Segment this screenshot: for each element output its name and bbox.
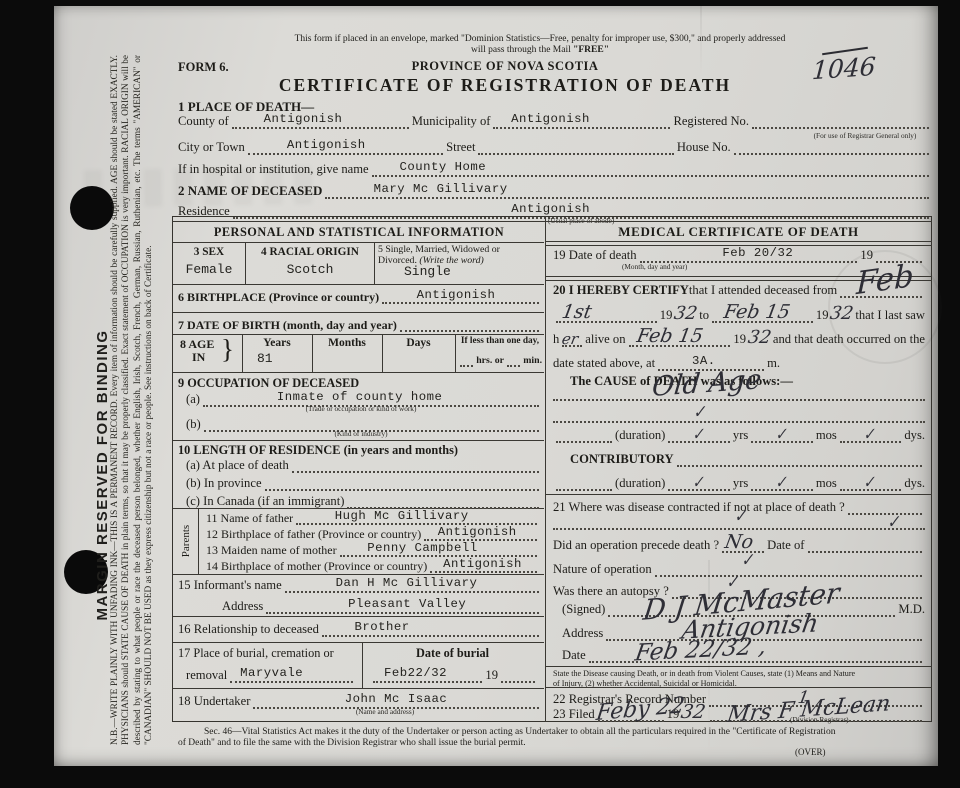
- deceased-name-label: 2 NAME OF DECEASED: [178, 183, 322, 199]
- punch-hole-top: [70, 186, 114, 230]
- mos-label: mos: [816, 428, 837, 443]
- rule-line: [173, 688, 544, 689]
- birthplace-value: Antigonish: [417, 288, 496, 303]
- medical-section-heading: MEDICAL CERTIFICATE OF DEATH: [549, 224, 928, 240]
- envelope-note-prefix: will pass through the Mail: [471, 45, 573, 55]
- informant-value: Dan H Mc Gillivary: [336, 576, 478, 591]
- residence-length-b: (b) In province: [186, 476, 542, 491]
- certify-bold: 20 I HEREBY CERTIFY: [553, 283, 689, 298]
- residence-length-c-label: (c) In Canada (if an immigrant): [186, 494, 344, 509]
- signed-label: (Signed): [562, 602, 605, 617]
- county-value: Antigonish: [264, 112, 343, 127]
- relationship-value: Brother: [355, 620, 410, 635]
- marital-status-value: Single: [404, 264, 451, 279]
- city-row: City or Town Antigonish Street House No.: [178, 140, 932, 155]
- rule-line: [173, 574, 544, 575]
- dotted-line: [848, 510, 922, 515]
- dys-label: dys.: [904, 476, 925, 491]
- age-years-value: 81: [257, 351, 273, 366]
- disease-contracted-label: 21 Where was disease contracted if not a…: [553, 500, 845, 515]
- physician-date-label: Date: [562, 648, 586, 663]
- year-handwritten: 32: [747, 333, 772, 344]
- envelope-note-line2: will pass through the Mail "FREE": [250, 45, 830, 55]
- dotted-line: ✓: [840, 486, 902, 491]
- informant-address-label: Address: [222, 599, 263, 614]
- dotted-line: Brother: [322, 632, 539, 637]
- date-of-death-value: Feb 20/32: [722, 246, 793, 261]
- father-name-value: Hugh Mc Gillivary: [335, 509, 469, 524]
- checkmark-icon: ✓: [775, 472, 790, 493]
- sec46-note: Sec. 46—Vital Statistics Act makes it th…: [178, 727, 930, 749]
- dotted-line: Dan H Mc Gillivary: [285, 588, 539, 593]
- father-name-row: 11 Name of father Hugh Mc Gillivary: [206, 511, 540, 525]
- file-number-handwritten: 1046: [811, 52, 877, 86]
- contributory-duration-row: (duration) ✓ yrs ✓ mos ✓ dys.: [553, 476, 925, 491]
- mother-birthplace-row: 14 Birthplace of mother (Province or cou…: [206, 559, 540, 573]
- dotted-line: [808, 548, 922, 553]
- occupation-b-label: (b): [186, 417, 201, 432]
- deceased-name-row: 2 NAME OF DECEASED Mary Mc Gillivary: [178, 183, 932, 199]
- deceased-name-value: Mary Mc Gillivary: [374, 182, 508, 197]
- city-value: Antigonish: [287, 138, 366, 153]
- mother-birthplace-value: Antigonish: [443, 557, 522, 572]
- operation-label: Did an operation precede death ?: [553, 538, 719, 553]
- rule-line: [173, 312, 544, 313]
- rule-line: [545, 687, 932, 688]
- md-label: M.D.: [898, 602, 925, 617]
- column-divider: [545, 216, 546, 722]
- dotted-line: [460, 362, 473, 367]
- city-label: City or Town: [178, 140, 245, 155]
- dotted-line: er: [562, 342, 582, 347]
- checkmark-icon: ✓: [863, 472, 878, 493]
- dotted-line: [478, 150, 673, 155]
- racial-origin-label: 4 RACIAL ORIGIN: [246, 246, 374, 258]
- dotted-line: [556, 486, 612, 491]
- last-alive-handwritten: Feb 15: [635, 325, 705, 348]
- father-birthplace-row: 12 Birthplace of father (Province or cou…: [206, 527, 540, 541]
- dotted-line: Antigonish: [493, 124, 670, 129]
- year-prefix: 19: [660, 308, 673, 323]
- year-prefix: 19: [860, 248, 873, 263]
- dotted-line: Feb 22/32 ,: [589, 658, 922, 663]
- operation-row: Did an operation precede death ? No Date…: [553, 538, 925, 553]
- dotted-rule: [553, 421, 925, 423]
- mos-label: mos: [816, 476, 837, 491]
- mother-birthplace-label: 14 Birthplace of mother (Province or cou…: [206, 559, 427, 573]
- age-label-line2: IN: [192, 350, 205, 365]
- cell-divider: [374, 242, 375, 284]
- filed-year-handwritten: 32: [680, 707, 706, 718]
- duration-row: (duration) ✓ yrs ✓ mos ✓ dys.: [553, 428, 925, 443]
- sex-label: 3 SEX: [176, 246, 242, 258]
- occupation-a-label: (a): [186, 392, 200, 407]
- h-prefix: h: [553, 332, 559, 347]
- rule-line: [173, 440, 544, 441]
- dotted-line: ✓: [668, 486, 730, 491]
- burial-date-label: Date of burial: [362, 646, 543, 661]
- mother-name-value: Penny Campbell: [367, 541, 477, 556]
- dotted-line: [752, 124, 929, 129]
- burial-removal-row: removal Maryvale: [186, 668, 356, 683]
- burial-year-prefix: 19: [485, 668, 498, 683]
- checkmark-icon: ✓: [775, 424, 790, 445]
- dotted-line: [501, 678, 535, 683]
- violent-causes-note: State the Disease causing Death, or in d…: [553, 669, 925, 688]
- dotted-line: [507, 362, 520, 367]
- attended-to-handwritten: Feb 15: [722, 301, 792, 324]
- parents-side-label: Parents: [180, 525, 192, 557]
- county-label: County of: [178, 114, 229, 129]
- marital-label-line1: 5 Single, Married, Widowed or: [378, 244, 542, 255]
- division-registrar-note: (Division Registrar): [790, 715, 849, 724]
- rule-line: [173, 372, 544, 373]
- hospital-row: If in hospital or institution, give name…: [178, 162, 932, 177]
- residence-length-c: (c) In Canada (if an immigrant): [186, 494, 542, 509]
- municipality-label: Municipality of: [412, 114, 491, 129]
- min-label: min.: [523, 355, 542, 367]
- year-handwritten: 32: [830, 309, 855, 320]
- relationship-label: 16 Relationship to deceased: [178, 622, 319, 637]
- nature-of-operation-label: Nature of operation: [553, 562, 652, 577]
- dotted-line: [400, 327, 539, 332]
- dotted-line: Feby 22: [598, 717, 664, 722]
- dotted-line: ✓: [751, 438, 813, 443]
- dotted-line: Maryvale: [230, 678, 353, 683]
- month-day-year-note: (Month, day and year): [622, 262, 687, 271]
- rule-line: [173, 284, 544, 285]
- dys-label: dys.: [904, 428, 925, 443]
- dotted-line: Feb22/32: [373, 678, 482, 683]
- mother-name-label: 13 Maiden name of mother: [206, 543, 337, 557]
- contributory-row: CONTRIBUTORY: [570, 452, 925, 467]
- undertaker-value: John Mc Isaac: [345, 692, 447, 707]
- burial-date-row: Feb22/32 19: [370, 668, 538, 683]
- occupation-a-value: Inmate of county home: [277, 390, 442, 405]
- yrs-label: yrs: [733, 428, 748, 443]
- dotted-line: 1st: [556, 318, 657, 323]
- residence-value: Antigonish: [511, 202, 590, 217]
- stated-above-label: date stated above, at: [553, 356, 655, 371]
- father-birthplace-value: Antigonish: [438, 525, 517, 540]
- dotted-line: Antigonish: [232, 124, 409, 129]
- sex-value: Female: [176, 262, 242, 277]
- sec46-line1: Sec. 46—Vital Statistics Act makes it th…: [178, 727, 930, 738]
- certify-text: that I attended deceased from: [689, 283, 837, 298]
- checkmark-icon: ✓: [863, 424, 878, 445]
- informant-address-row: Address Pleasant Valley: [222, 599, 542, 614]
- hrs-or-label: hrs. or: [476, 355, 504, 367]
- rule-line: [545, 494, 932, 495]
- dotted-line: Mary Mc Gillivary: [325, 194, 929, 199]
- age-months-label: Months: [312, 337, 382, 349]
- death-certificate-scan: { "marks": {"check": "✓", "brace": "}"},…: [0, 0, 960, 788]
- dotted-line: Feb 15: [712, 318, 813, 323]
- operation-date-label: Date of: [767, 538, 804, 553]
- last-saw-label: that I last saw: [855, 308, 925, 323]
- rule-line: [545, 666, 932, 667]
- dotted-line: Feb 15: [629, 342, 731, 347]
- dotted-line: ✓: [668, 438, 730, 443]
- less-than-day-label: If less than one day,: [456, 336, 544, 346]
- racial-origin-value: Scotch: [246, 262, 374, 277]
- dotted-line: Antigonish: [248, 150, 443, 155]
- informant-row: 15 Informant's name Dan H Mc Gillivary: [178, 578, 542, 593]
- hrs-min-row: hrs. or min.: [457, 355, 542, 367]
- year-prefix: 19: [733, 332, 746, 347]
- physician-address-label: Address: [562, 626, 603, 641]
- contributory-label: CONTRIBUTORY: [570, 452, 674, 467]
- registered-no-label: Registered No.: [673, 114, 749, 129]
- residence-length-b-label: (b) In province: [186, 476, 262, 491]
- dotted-line: ✓: [840, 438, 902, 443]
- year-prefix: 19: [816, 308, 829, 323]
- county-row: County of Antigonish Municipality of Ant…: [178, 114, 932, 129]
- occurred-label: and that death occurred on the: [773, 332, 925, 347]
- rule-line: [173, 642, 544, 643]
- dotted-line: County Home: [372, 172, 929, 177]
- year-handwritten: 32: [673, 309, 698, 320]
- informant-address-value: Pleasant Valley: [348, 597, 466, 612]
- certify-line3: h er alive on Feb 15 19 32 and that deat…: [553, 332, 925, 347]
- filed-row: 23 Filed Feby 22 19 32 Mrs F McLean: [553, 707, 925, 722]
- brace-glyph: }: [221, 334, 234, 365]
- dotted-line: [734, 150, 929, 155]
- dotted-line: [677, 462, 922, 467]
- rule-line: [173, 616, 544, 617]
- dotted-rule: [553, 399, 925, 401]
- undertaker-note: (Name and address): [300, 707, 470, 716]
- residence-length-heading: 10 LENGTH OF RESIDENCE (in years and mon…: [178, 443, 458, 458]
- dotted-line: Antigonish: [430, 568, 537, 573]
- form-number: FORM 6.: [178, 60, 229, 75]
- date-of-birth-label: 7 DATE OF BIRTH (month, day and year): [178, 318, 397, 332]
- m-suffix: m.: [767, 356, 780, 371]
- envelope-note-free: "FREE": [573, 45, 609, 55]
- dotted-line: [265, 486, 539, 491]
- street-label: Street: [446, 140, 475, 155]
- date-of-death-label: 19 Date of death: [553, 248, 637, 263]
- rule-line: [173, 242, 544, 243]
- alive-on-label: alive on: [585, 332, 625, 347]
- physician-date-row: Date Feb 22/32 ,: [562, 648, 925, 663]
- over-note: (OVER): [795, 747, 826, 757]
- personal-section-heading: PERSONAL AND STATISTICAL INFORMATION: [176, 225, 542, 240]
- dotted-line: [556, 438, 612, 443]
- trade-note: (Trade or occupation or kind of work): [246, 404, 476, 413]
- binding-margin-note: N.B.—WRITE PLAINLY WITH UNFADING INK—THI…: [110, 55, 168, 745]
- duration-label: (duration): [615, 428, 665, 443]
- residence-length-a: (a) At place of death: [186, 458, 542, 473]
- burial-place-value: Maryvale: [240, 666, 303, 681]
- undertaker-label: 18 Undertaker: [178, 694, 250, 709]
- yrs-label: yrs: [733, 476, 748, 491]
- registrar-general-note: (For use of Registrar General only): [795, 131, 935, 140]
- father-birthplace-label: 12 Birthplace of father (Province or cou…: [206, 527, 421, 541]
- father-name-label: 11 Name of father: [206, 511, 293, 525]
- attended-from-day-handwritten: 1st: [560, 301, 594, 324]
- dotted-line: Pleasant Valley: [266, 609, 539, 614]
- checkmark-icon: ✓: [692, 472, 707, 493]
- violent-causes-note-line1: State the Disease causing Death, or in d…: [553, 669, 925, 679]
- certificate-title: CERTIFICATE OF REGISTRATION OF DEATH: [255, 75, 755, 96]
- duration-label: (duration): [615, 476, 665, 491]
- certify-line2: 1st 19 32 to Feb 15 19 32 that I last sa…: [553, 308, 925, 323]
- checkmark-icon: ✓: [692, 424, 707, 445]
- dotted-line: Antigonish: [382, 299, 539, 304]
- date-of-birth-row: 7 DATE OF BIRTH (month, day and year): [178, 318, 542, 332]
- birthplace-label: 6 BIRTHPLACE (Province or country): [178, 290, 379, 304]
- mother-name-row: 13 Maiden name of mother Penny Campbell: [206, 543, 540, 557]
- age-days-label: Days: [382, 337, 455, 349]
- burial-place-label: 17 Place of burial, cremation or: [178, 646, 334, 661]
- her-handwritten: er: [561, 330, 580, 348]
- marital-status-label: 5 Single, Married, Widowed or Divorced. …: [378, 244, 542, 267]
- occupation-heading: 9 OCCUPATION OF DECEASED: [178, 376, 359, 391]
- date-of-death-row: 19 Date of death Feb 20/32 19: [553, 248, 925, 263]
- industry-note: (Kind of industry): [266, 429, 456, 438]
- birthplace-row: 6 BIRTHPLACE (Province or country) Antig…: [178, 290, 542, 304]
- hospital-label: If in hospital or institution, give name: [178, 162, 369, 177]
- rule-line: [172, 221, 932, 222]
- dotted-line: ✓: [751, 486, 813, 491]
- informant-label: 15 Informant's name: [178, 578, 282, 593]
- province-heading: PROVINCE OF NOVA SCOTIA: [330, 59, 680, 74]
- hospital-value: County Home: [400, 160, 487, 175]
- relationship-row: 16 Relationship to deceased Brother: [178, 622, 542, 637]
- residence-length-a-label: (a) At place of death: [186, 458, 289, 473]
- parents-divider: [198, 508, 199, 574]
- age-years-label: Years: [242, 337, 312, 349]
- dotted-line: [655, 572, 922, 577]
- house-no-label: House No.: [677, 140, 731, 155]
- burial-date-value: Feb22/32: [384, 666, 447, 681]
- dotted-rule: [553, 528, 925, 530]
- dotted-line: [292, 468, 539, 473]
- burial-removal-label: removal: [186, 668, 227, 683]
- envelope-note-line1: This form if placed in an envelope, mark…: [250, 34, 830, 44]
- municipality-value: Antigonish: [511, 112, 590, 127]
- to-label: to: [699, 308, 709, 323]
- filed-label: 23 Filed: [553, 707, 595, 722]
